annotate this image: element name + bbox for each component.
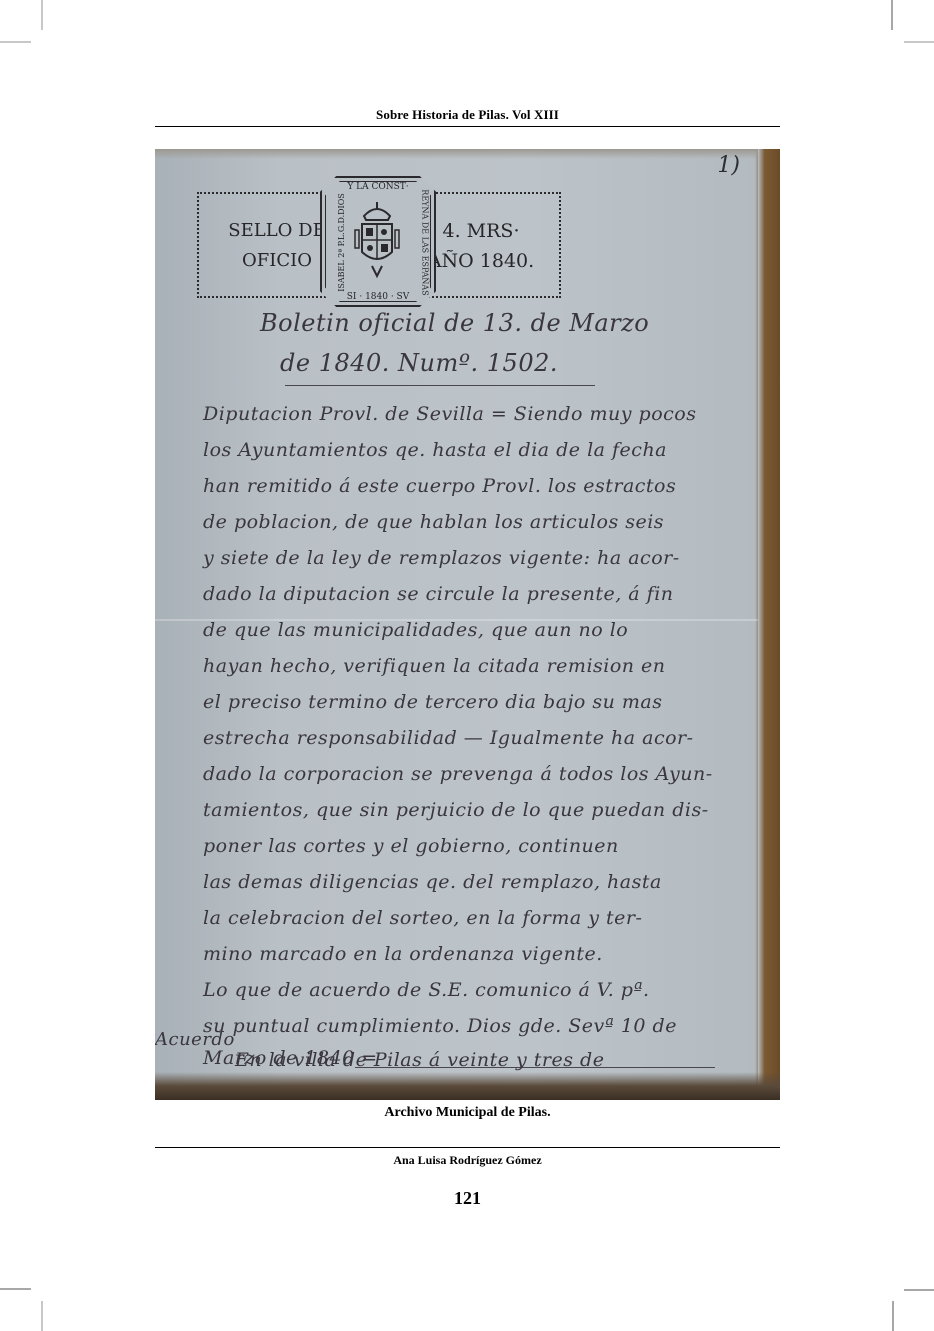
manuscript-line: el preciso termino de tercero dia bajo s… (203, 691, 663, 713)
crop-mark (891, 0, 893, 30)
manuscript-line: Lo que de acuerdo de S.E. comunico á V. … (203, 979, 650, 1001)
seal-right-text: REYNA DE LAS ESPAÑAS (420, 189, 429, 295)
manuscript-line: Diputacion Provl. de Sevilla = Siendo mu… (203, 403, 696, 425)
manuscript-photo: 1) SELLO DE OFICIO 4. MRS· AÑO 1840. Y L… (155, 149, 780, 1100)
photo-shadow-bottom (155, 1072, 780, 1100)
manuscript-line: la celebracion del sorteo, en la forma y… (203, 907, 642, 929)
coat-of-arms-icon (354, 200, 400, 280)
stamp-sello-label: SELLO DE (217, 216, 337, 246)
manuscript-line: de que las municipalidades, que aun no l… (203, 619, 628, 641)
seal-top-text: Y LA CONST· (322, 182, 434, 192)
stamp-left-text: SELLO DE OFICIO (217, 216, 337, 276)
manuscript-line: dado la corporacion se prevenga á todos … (203, 763, 713, 785)
stamp-oficio-label: OFICIO (217, 246, 337, 276)
manuscript-line: estrecha responsabilidad — Igualmente ha… (203, 727, 694, 749)
manuscript-line: han remitido á este cuerpo Provl. los es… (203, 475, 676, 497)
seal-bottom-text: SI · 1840 · SV (322, 292, 434, 302)
title-underline (285, 385, 595, 386)
page-number: 121 (155, 1188, 780, 1209)
running-title: Sobre Historia de Pilas. Vol XIII (155, 107, 780, 123)
crop-mark (0, 1288, 31, 1290)
stamp-right-text: 4. MRS· AÑO 1840. (421, 216, 541, 276)
manuscript-line: poner las cortes y el gobierno, continue… (203, 835, 619, 857)
manuscript-line: dado la diputacion se circule la present… (203, 583, 674, 605)
crop-mark (892, 1301, 894, 1331)
crop-mark (904, 1289, 934, 1291)
crop-mark (41, 0, 43, 30)
manuscript-line: de poblacion, de que hablan los articulo… (203, 511, 664, 533)
manuscript-title-line: de 1840. Numº. 1502. (280, 349, 558, 377)
author-name: Ana Luisa Rodríguez Gómez (155, 1153, 780, 1168)
photo-shadow-top (155, 149, 780, 159)
folio-number: 1) (717, 153, 740, 178)
manuscript-line: y siete de la ley de remplazos vigente: … (203, 547, 680, 569)
stamp-value-label: 4. MRS· (421, 216, 541, 246)
manuscript-line: hayan hecho, verifiquen la citada remisi… (203, 655, 666, 677)
manuscript-line: su puntual cumplimiento. Dios gde. Sevª … (203, 1015, 677, 1037)
royal-seal: Y LA CONST· ISABEL 2ª P.L.G.D.DIOS REYNA… (320, 176, 436, 307)
manuscript-line: los Ayuntamientos qe. hasta el dia de la… (203, 439, 667, 461)
manuscript-line: las demas diligencias qe. del remplazo, … (203, 871, 662, 893)
crop-mark (41, 1301, 43, 1331)
figure-caption: Archivo Municipal de Pilas. (155, 1105, 780, 1121)
manuscript-last-line: En la villa de Pilas á veinte y tres de (235, 1049, 604, 1071)
manuscript-line: tamientos, que sin perjuicio de lo que p… (203, 799, 709, 821)
manuscript-title-line: Boletin oficial de 13. de Marzo (260, 309, 649, 337)
footer-rule (155, 1147, 780, 1148)
manuscript-line: mino marcado en la ordenanza vigente. (203, 943, 603, 965)
crop-mark (904, 41, 934, 43)
crop-mark (0, 41, 31, 43)
paper-edge-right (758, 149, 780, 1100)
margin-note: Acuerdo (155, 1029, 235, 1050)
seal-left-text: ISABEL 2ª P.L.G.D.DIOS (337, 193, 346, 292)
stamp-year-label: AÑO 1840. (421, 246, 541, 276)
header-rule (155, 126, 780, 127)
